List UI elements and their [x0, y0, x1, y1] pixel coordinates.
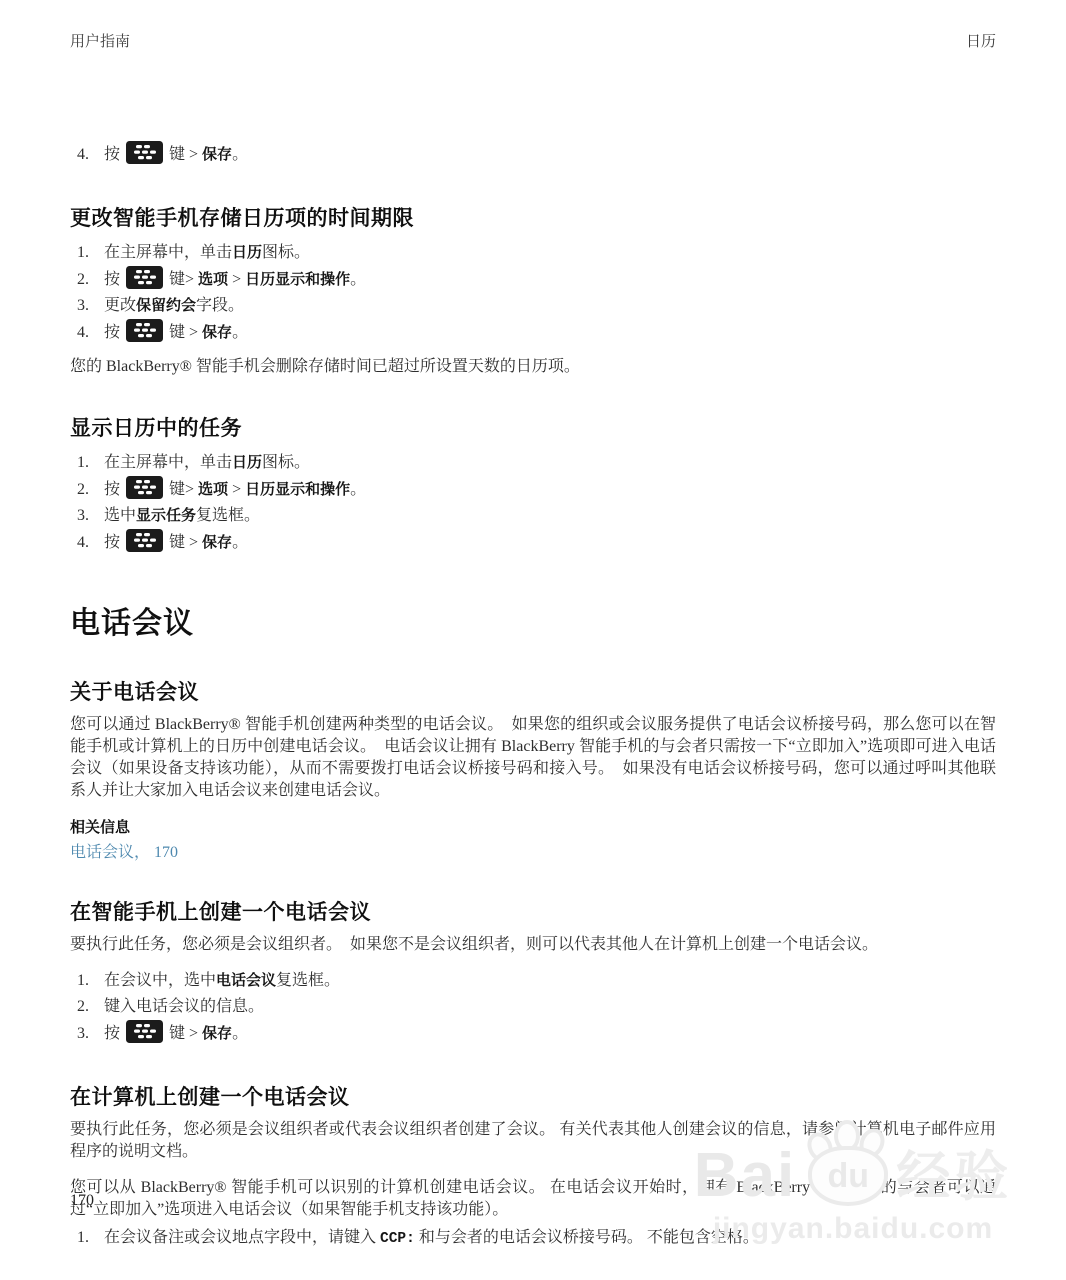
list-text: 按 键 > 保存。	[104, 319, 996, 346]
header-right-title: 日历	[966, 30, 996, 51]
blackberry-key-icon	[126, 141, 163, 164]
list-text: 按 键> 选项 > 日历显示和操作。	[104, 266, 996, 293]
document-page: 用户指南 日历 4. 按 键 > 保存。 更改智能手机存储日历项的时间期限 1.…	[0, 0, 1066, 1280]
list-number: 4.	[70, 320, 104, 346]
create-smartphone-step-list: 1. 在会议中，选中电话会议复选框。 2. 键入电话会议的信息。 3. 按 键 …	[70, 968, 996, 1047]
list-item: 4. 按 键 > 保存。	[70, 529, 996, 556]
storage-note-paragraph: 您的 BlackBerry® 智能手机会删除存储时间已超过所设置天数的日历项。	[70, 356, 996, 378]
related-link-conference-170[interactable]: 电话会议， 170	[70, 844, 178, 861]
list-number: 1.	[70, 240, 104, 266]
list-number: 3.	[70, 503, 104, 529]
list-number: 2.	[70, 477, 104, 503]
list-number: 4.	[70, 530, 104, 556]
blackberry-key-icon	[126, 319, 163, 342]
list-item: 1. 在会议备注或会议地点字段中，请键入 CCP: 和与会者的电话会议桥接号码。…	[70, 1225, 996, 1252]
list-text: 按 键 > 保存。	[104, 1020, 996, 1047]
list-number: 2.	[70, 994, 104, 1020]
create-on-computer-paragraph-1: 要执行此任务，您必须是会议组织者或代表会议组织者创建了会议。 有关代表其他人创建…	[70, 1119, 996, 1163]
page-number: 170	[70, 1192, 94, 1210]
list-text: 在会议中，选中电话会议复选框。	[104, 968, 996, 994]
list-text: 在会议备注或会议地点字段中，请键入 CCP: 和与会者的电话会议桥接号码。 不能…	[104, 1225, 996, 1252]
create-computer-step-list: 1. 在会议备注或会议地点字段中，请键入 CCP: 和与会者的电话会议桥接号码。…	[70, 1225, 996, 1252]
section-title-storage-period: 更改智能手机存储日历项的时间期限	[70, 202, 996, 232]
list-item: 2. 按 键> 选项 > 日历显示和操作。	[70, 266, 996, 293]
list-item: 2. 按 键> 选项 > 日历显示和操作。	[70, 476, 996, 503]
section-title-about-conference: 关于电话会议	[70, 676, 996, 706]
blackberry-key-icon	[126, 529, 163, 552]
list-number: 1.	[70, 968, 104, 994]
list-item: 4. 按 键 > 保存。	[70, 141, 996, 168]
list-item: 1. 在主屏幕中，单击日历图标。	[70, 240, 996, 266]
list-item: 3. 选中显示任务复选框。	[70, 503, 996, 529]
list-text: 按 键> 选项 > 日历显示和操作。	[104, 476, 996, 503]
tasks-step-list: 1. 在主屏幕中，单击日历图标。 2. 按 键> 选项 > 日历显示和操作。 3…	[70, 450, 996, 556]
list-item: 1. 在主屏幕中，单击日历图标。	[70, 450, 996, 476]
header-left-title: 用户指南	[70, 30, 130, 51]
list-number: 3.	[70, 1021, 104, 1047]
list-text: 按 键 > 保存。	[104, 141, 996, 168]
list-number: 3.	[70, 293, 104, 319]
list-number: 4.	[70, 142, 104, 168]
related-info-label: 相关信息	[70, 816, 996, 837]
section-title-show-tasks: 显示日历中的任务	[70, 412, 996, 442]
section-title-create-on-smartphone: 在智能手机上创建一个电话会议	[70, 896, 996, 926]
list-text: 键入电话会议的信息。	[104, 994, 996, 1020]
storage-step-list: 1. 在主屏幕中，单击日历图标。 2. 按 键> 选项 > 日历显示和操作。 3…	[70, 240, 996, 346]
list-number: 1.	[70, 1225, 104, 1251]
blackberry-key-icon	[126, 266, 163, 289]
create-on-computer-paragraph-2: 您可以从 BlackBerry® 智能手机可以识别的计算机创建电话会议。 在电话…	[70, 1177, 996, 1221]
carry-over-step-list: 4. 按 键 > 保存。	[70, 141, 996, 168]
section-title-create-on-computer: 在计算机上创建一个电话会议	[70, 1081, 996, 1111]
list-item: 3. 按 键 > 保存。	[70, 1020, 996, 1047]
list-number: 2.	[70, 267, 104, 293]
list-text: 更改保留约会字段。	[104, 293, 996, 319]
list-item: 3. 更改保留约会字段。	[70, 293, 996, 319]
list-text: 选中显示任务复选框。	[104, 503, 996, 529]
list-number: 1.	[70, 450, 104, 476]
blackberry-key-icon	[126, 1020, 163, 1043]
list-item: 4. 按 键 > 保存。	[70, 319, 996, 346]
list-item: 1. 在会议中，选中电话会议复选框。	[70, 968, 996, 994]
list-text: 按 键 > 保存。	[104, 529, 996, 556]
create-on-smartphone-paragraph: 要执行此任务，您必须是会议组织者。 如果您不是会议组织者，则可以代表其他人在计算…	[70, 934, 996, 956]
list-text: 在主屏幕中，单击日历图标。	[104, 240, 996, 266]
page-header: 用户指南 日历	[70, 30, 996, 51]
blackberry-key-icon	[126, 476, 163, 499]
list-text: 在主屏幕中，单击日历图标。	[104, 450, 996, 476]
about-conference-paragraph: 您可以通过 BlackBerry® 智能手机创建两种类型的电话会议。 如果您的组…	[70, 714, 996, 802]
chapter-title-conference-call: 电话会议	[70, 598, 996, 642]
list-item: 2. 键入电话会议的信息。	[70, 994, 996, 1020]
